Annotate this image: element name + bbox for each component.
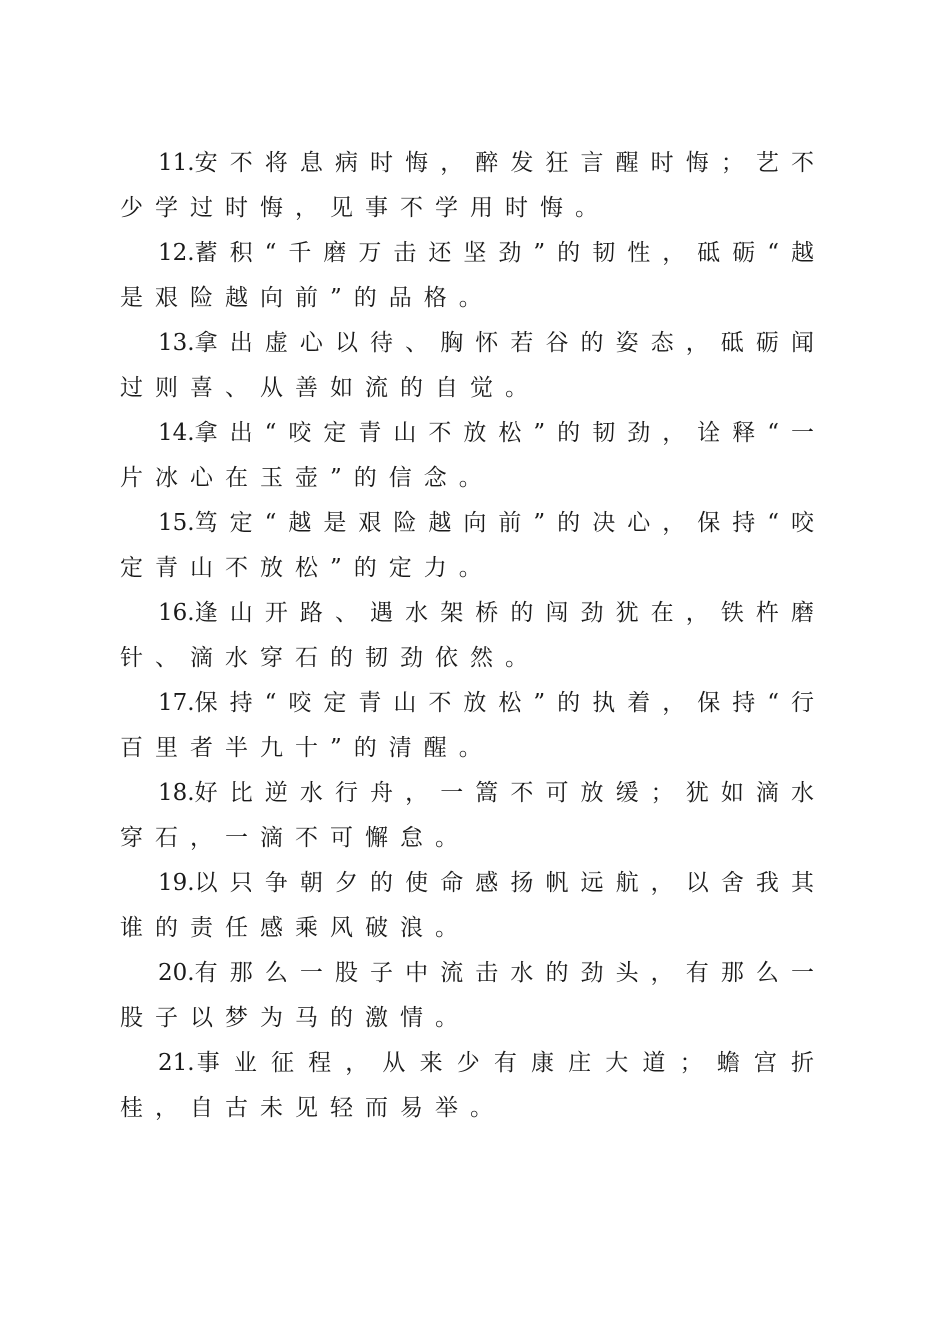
item-number: 17. xyxy=(158,690,195,716)
item-text: 安不将息病时悔，醉发狂言醒时悔；艺不少学过时悔，见事不学用时悔。 xyxy=(120,150,826,221)
list-item-14: 14.拿出“咬定青山不放松”的韧劲，诠释“一片冰心在玉壶”的信念。 xyxy=(120,411,826,501)
item-number: 20. xyxy=(158,960,195,986)
list-item-20: 20.有那么一股子中流击水的劲头，有那么一股子以梦为马的激情。 xyxy=(120,951,826,1041)
item-text: 以只争朝夕的使命感扬帆远航，以舍我其谁的责任感乘风破浪。 xyxy=(120,870,826,941)
item-text: 蓄积“千磨万击还坚劲”的韧性，砥砺“越是艰险越向前”的品格。 xyxy=(120,240,826,311)
item-number: 14. xyxy=(158,420,195,446)
item-number: 19. xyxy=(158,870,195,896)
list-item-17: 17.保持“咬定青山不放松”的执着，保持“行百里者半九十”的清醒。 xyxy=(120,681,826,771)
item-number: 18. xyxy=(158,780,195,806)
list-item-16: 16.逢山开路、遇水架桥的闯劲犹在，铁杵磨针、滴水穿石的韧劲依然。 xyxy=(120,591,826,681)
list-item-12: 12.蓄积“千磨万击还坚劲”的韧性，砥砺“越是艰险越向前”的品格。 xyxy=(120,231,826,321)
list-item-11: 11.安不将息病时悔，醉发狂言醒时悔；艺不少学过时悔，见事不学用时悔。 xyxy=(120,141,826,231)
document-page: 11.安不将息病时悔，醉发狂言醒时悔；艺不少学过时悔，见事不学用时悔。 12.蓄… xyxy=(120,141,826,1131)
item-text: 拿出虚心以待、胸怀若谷的姿态，砥砺闻过则喜、从善如流的自觉。 xyxy=(120,330,826,401)
item-number: 21. xyxy=(158,1050,195,1076)
item-text: 逢山开路、遇水架桥的闯劲犹在，铁杵磨针、滴水穿石的韧劲依然。 xyxy=(120,600,826,671)
item-text: 好比逆水行舟，一篙不可放缓；犹如滴水穿石，一滴不可懈怠。 xyxy=(120,780,826,851)
item-text: 保持“咬定青山不放松”的执着，保持“行百里者半九十”的清醒。 xyxy=(120,690,826,761)
item-text: 拿出“咬定青山不放松”的韧劲，诠释“一片冰心在玉壶”的信念。 xyxy=(120,420,826,491)
item-number: 12. xyxy=(158,240,195,266)
item-text: 事业征程，从来少有康庄大道；蟾宫折桂，自古未见轻而易举。 xyxy=(120,1050,826,1121)
list-item-21: 21.事业征程，从来少有康庄大道；蟾宫折桂，自古未见轻而易举。 xyxy=(120,1041,826,1131)
item-text: 有那么一股子中流击水的劲头，有那么一股子以梦为马的激情。 xyxy=(120,960,826,1031)
list-item-19: 19.以只争朝夕的使命感扬帆远航，以舍我其谁的责任感乘风破浪。 xyxy=(120,861,826,951)
list-item-18: 18.好比逆水行舟，一篙不可放缓；犹如滴水穿石，一滴不可懈怠。 xyxy=(120,771,826,861)
list-item-13: 13.拿出虚心以待、胸怀若谷的姿态，砥砺闻过则喜、从善如流的自觉。 xyxy=(120,321,826,411)
item-number: 11. xyxy=(158,150,195,176)
item-number: 13. xyxy=(158,330,195,356)
list-item-15: 15.笃定“越是艰险越向前”的决心，保持“咬定青山不放松”的定力。 xyxy=(120,501,826,591)
item-number: 16. xyxy=(158,600,195,626)
item-text: 笃定“越是艰险越向前”的决心，保持“咬定青山不放松”的定力。 xyxy=(120,510,826,581)
item-number: 15. xyxy=(158,510,195,536)
